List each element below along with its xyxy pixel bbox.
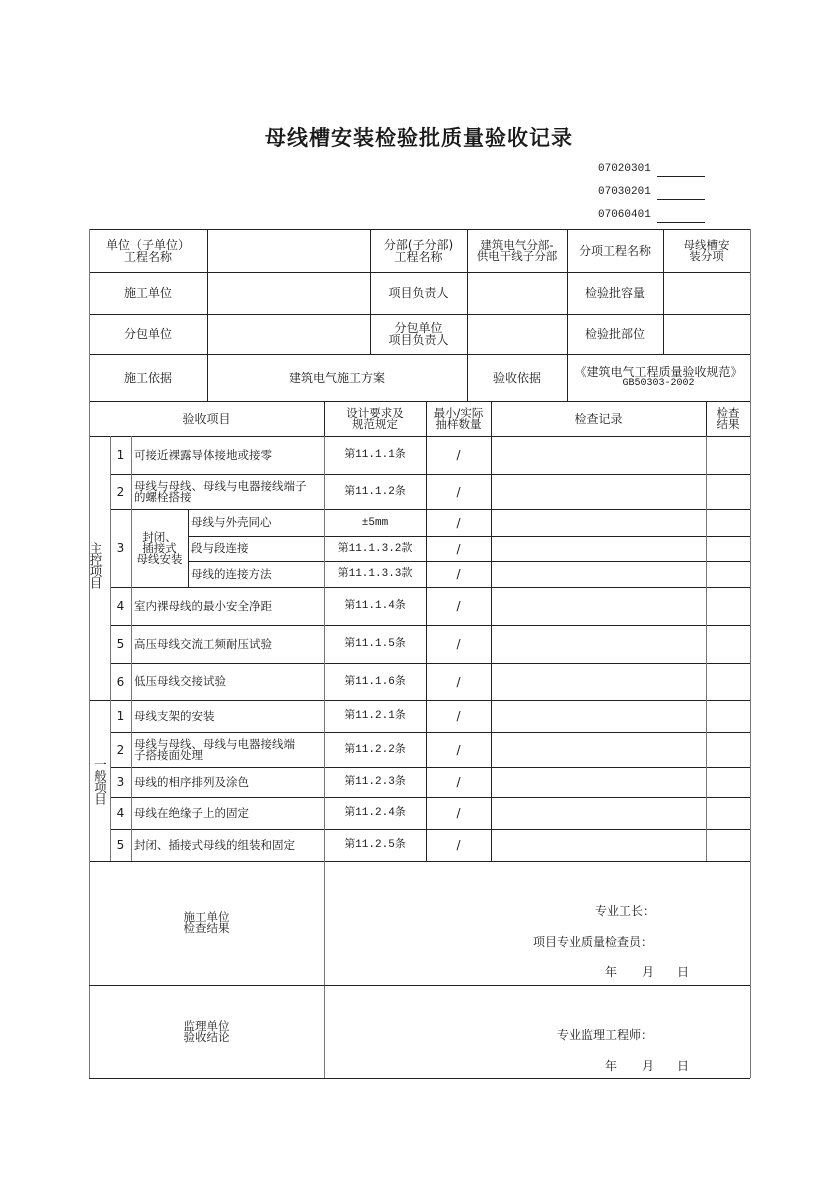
main-item-2-name: 母线与母线、母线与电器接线端子的螺栓搭接	[131, 474, 324, 509]
form-code-blank[interactable]	[657, 176, 705, 177]
subitem-name-label: 分项工程名称	[567, 229, 663, 272]
general-item-1-no: 1	[110, 700, 131, 732]
main-item-6-sample-qty: /	[426, 663, 491, 700]
main-item-6-check-record-field[interactable]	[491, 663, 706, 700]
cell-text: /	[456, 710, 460, 722]
main-item-1-spec: 第11.1.1条	[324, 436, 426, 474]
cell-text: 分项工程名称	[579, 245, 651, 257]
cell-text: 母线的连接方法	[191, 569, 272, 580]
item-row-divider	[110, 474, 750, 475]
cell-text: 单位（子单位）工程名称	[106, 239, 190, 263]
general-item-4-check-record-field[interactable]	[491, 797, 706, 829]
cell-text: 3	[117, 542, 125, 554]
cell-text: 设计要求及规范规定	[346, 408, 404, 430]
general-item-1-name: 母线支架的安装	[131, 700, 324, 732]
main-item-3-sub-check-result-field[interactable]	[706, 536, 750, 561]
cell-text: 检查结果	[717, 408, 740, 430]
project-manager-label: 项目负责人	[370, 272, 467, 314]
main-item-6-spec: 第11.1.6条	[324, 663, 426, 700]
col-divider	[370, 229, 371, 354]
main-item-6-no: 6	[110, 663, 131, 700]
main-item-4-name: 室内裸母线的最小安全净距	[131, 587, 324, 625]
cell-text: 2	[117, 486, 125, 498]
cell-text: /	[456, 486, 460, 498]
main-item-5-spec: 第11.1.5条	[324, 625, 426, 663]
cell-text: 施工单位	[124, 287, 172, 299]
main-item-3-sub-name: 段与段连接	[188, 536, 324, 561]
cell-text: 高压母线交流工频耐压试验	[134, 639, 272, 650]
cell-text: 第11.2.1条	[344, 710, 406, 722]
main-item-1-no: 1	[110, 436, 131, 474]
cell-text: /	[456, 543, 460, 555]
col-divider	[110, 436, 111, 861]
cell-text: 施工依据	[124, 372, 172, 384]
unit-project-name-label: 单位（子单位）工程名称	[89, 229, 207, 272]
main-item-1-check-result-field[interactable]	[706, 436, 750, 474]
cell-text: /	[456, 517, 460, 529]
cell-text: /	[456, 568, 460, 580]
main-item-5-no: 5	[110, 625, 131, 663]
cell-text: 4	[117, 600, 125, 612]
cell-text: 检查记录	[574, 413, 622, 425]
cell-text: 室内裸母线的最小安全净距	[134, 601, 272, 612]
form-code: 07020301	[598, 163, 651, 175]
general-item-5-sample-qty: /	[426, 829, 491, 861]
subcontractor-field[interactable]	[207, 314, 370, 354]
acceptance-basis-code: GB50303-2002	[622, 378, 694, 390]
cell-text: /	[456, 744, 460, 756]
contractor-check-label: 施工单位检查结果	[89, 861, 324, 985]
cell-text: 最小/实际抽样数量	[434, 408, 484, 430]
cell-text: 5	[117, 638, 125, 650]
cell-text: 母线的相序排列及涂色	[134, 777, 249, 788]
cell-text: 第11.2.5条	[344, 839, 406, 851]
header-check-record: 检查记录	[491, 401, 706, 436]
general-item-5-check-result-field[interactable]	[706, 829, 750, 861]
main-item-4-spec: 第11.1.4条	[324, 587, 426, 625]
cell-text: 验收依据	[493, 372, 541, 384]
supervisor-date-day: 日	[677, 1057, 689, 1074]
main-item-5-check-result-field[interactable]	[706, 625, 750, 663]
cell-text: 第11.1.3.3款	[338, 568, 413, 580]
general-item-4-name: 母线在绝缘子上的固定	[131, 797, 324, 829]
cell-text: 6	[117, 676, 125, 688]
cell-text: 分包单位项目负责人	[388, 322, 448, 346]
general-item-4-spec: 第11.2.4条	[324, 797, 426, 829]
main-item-4-check-record-field[interactable]	[491, 587, 706, 625]
batch-capacity-label: 检验批容量	[567, 272, 663, 314]
cell-text: 封闭、插接式母线的组装和固定	[134, 840, 295, 851]
item-row-divider	[110, 797, 750, 798]
item-row-divider	[110, 829, 750, 830]
cell-text: 低压母线交接试验	[134, 676, 226, 687]
unit-project-name-field[interactable]	[207, 229, 370, 272]
cell-text: 第11.2.4条	[344, 807, 406, 819]
cell-text: 第11.1.6条	[344, 676, 406, 688]
sub-manager-field[interactable]	[467, 314, 567, 354]
general-item-5-name: 封闭、插接式母线的组装和固定	[131, 829, 324, 861]
general-item-2-no: 2	[110, 732, 131, 767]
acceptance-basis-value: 《建筑电气工程质量验收规范》GB50303-2002	[567, 354, 750, 401]
general-item-5-spec: 第11.2.5条	[324, 829, 426, 861]
main-item-2-sample-qty: /	[426, 474, 491, 509]
cell-text: ±5mm	[362, 517, 388, 529]
main-item-3-sub-check-record-field[interactable]	[491, 536, 706, 561]
item-row-divider	[110, 509, 750, 510]
main-item-3-sub-name: 母线的连接方法	[188, 561, 324, 587]
general-item-1-spec: 第11.2.1条	[324, 700, 426, 732]
item-row-divider	[110, 587, 750, 588]
cell-text: 母线与母线、母线与电器接线端子的螺栓搭接	[134, 481, 307, 503]
main-item-1-check-record-field[interactable]	[491, 436, 706, 474]
item-row-divider	[110, 732, 750, 733]
cell-text: 建筑电气分部-供电干线子分部	[477, 240, 558, 262]
cell-text: /	[456, 638, 460, 650]
general-item-2-spec: 第11.2.2条	[324, 732, 426, 767]
general-item-1-check-record-field[interactable]	[491, 700, 706, 732]
general-category-label: 一般项目	[89, 700, 110, 861]
supervisor-date-year: 年	[605, 1057, 617, 1074]
cell-text: 3	[117, 776, 125, 788]
contractor-date-day: 日	[677, 963, 689, 980]
cell-text: 第11.1.1条	[344, 449, 406, 461]
cell-text: 母线与母线、母线与电器接线端子搭接面处理	[134, 739, 295, 761]
cell-text: 第11.1.3.2款	[338, 543, 413, 555]
general-item-3-no: 3	[110, 767, 131, 797]
general-item-2-name: 母线与母线、母线与电器接线端子搭接面处理	[131, 732, 324, 767]
main-item-3-sub-check-result-field[interactable]	[706, 561, 750, 587]
col-divider	[491, 436, 492, 861]
general-item-4-check-result-field[interactable]	[706, 797, 750, 829]
section-divider	[89, 985, 750, 986]
sub-row-divider	[188, 536, 750, 537]
table-right-border	[750, 401, 751, 1078]
form-code-blank[interactable]	[657, 199, 705, 200]
col-divider	[491, 401, 492, 436]
col-divider	[467, 229, 468, 401]
info-row-divider	[89, 229, 750, 230]
main-item-1-sample-qty: /	[426, 436, 491, 474]
cell-text: 检验批容量	[585, 287, 645, 299]
general-item-4-sample-qty: /	[426, 797, 491, 829]
main-item-3-sub-check-result-field[interactable]	[706, 509, 750, 536]
page-title: 母线槽安装检验批质量验收记录	[0, 122, 838, 152]
division-name-label: 分部(子分部)工程名称	[370, 229, 467, 272]
cell-text: 分包单位	[124, 328, 172, 340]
col-divider	[567, 229, 568, 401]
cell-text: 2	[117, 744, 125, 756]
cell-text: 母线支架的安装	[134, 711, 215, 722]
main-item-1-name: 可接近裸露导体接地或接零	[131, 436, 324, 474]
form-code: 07060401	[598, 209, 651, 221]
cell-text: 第11.1.5条	[344, 638, 406, 650]
cell-text: /	[456, 807, 460, 819]
cell-text: 可接近裸露导体接地或接零	[134, 450, 272, 461]
cell-text: 母线与外壳同心	[191, 517, 272, 528]
sub-row-divider	[188, 561, 750, 562]
project-manager-field[interactable]	[467, 272, 567, 314]
form-code: 07030201	[598, 186, 651, 198]
general-item-5-check-record-field[interactable]	[491, 829, 706, 861]
contractor-date-month: 月	[642, 963, 654, 980]
main-item-3-sub-check-record-field[interactable]	[491, 561, 706, 587]
cell-text: 段与段连接	[191, 543, 249, 554]
item-row-divider	[110, 767, 750, 768]
cell-text: 项目负责人	[388, 287, 448, 299]
main-item-3-no: 3	[110, 509, 131, 587]
supervisor-check-label: 监理单位验收结论	[89, 985, 324, 1078]
general-item-3-check-record-field[interactable]	[491, 767, 706, 797]
main-item-5-sample-qty: /	[426, 625, 491, 663]
sub-manager-label: 分包单位项目负责人	[370, 314, 467, 354]
contractor-label: 施工单位	[89, 272, 207, 314]
col-divider	[706, 436, 707, 861]
cell-text: /	[456, 776, 460, 788]
main-item-6-name: 低压母线交接试验	[131, 663, 324, 700]
cell-text: 检验批部位	[585, 328, 645, 340]
main-item-2-no: 2	[110, 474, 131, 509]
general-item-3-spec: 第11.2.3条	[324, 767, 426, 797]
col-divider	[324, 401, 325, 436]
division-name-value: 建筑电气分部-供电干线子分部	[467, 229, 567, 272]
cell-text: 监理单位验收结论	[184, 1021, 230, 1043]
table-left-border	[89, 229, 90, 401]
cell-text: 第11.2.3条	[344, 776, 406, 788]
general-item-1-sample-qty: /	[426, 700, 491, 732]
col-divider	[131, 436, 132, 861]
col-divider	[207, 229, 208, 401]
cell-text: 1	[117, 449, 125, 461]
acceptance-basis-label: 验收依据	[467, 354, 567, 401]
main-item-4-no: 4	[110, 587, 131, 625]
col-divider	[663, 229, 664, 354]
cell-text: 母线在绝缘子上的固定	[134, 808, 249, 819]
acceptance-basis-standard: 《建筑电气工程质量验收规范》	[574, 366, 742, 378]
main-item-5-check-record-field[interactable]	[491, 625, 706, 663]
cell-text: 主控项目	[89, 542, 101, 588]
construction-basis-value: 建筑电气施工方案	[207, 354, 467, 401]
main-item-3-sub-sample-qty: /	[426, 509, 491, 536]
cell-text: /	[456, 449, 460, 461]
main-item-3-sub-sample-qty: /	[426, 561, 491, 587]
general-item-4-no: 4	[110, 797, 131, 829]
info-row-divider	[89, 314, 750, 315]
cell-text: 5	[117, 839, 125, 851]
info-row-divider	[89, 272, 750, 273]
header-item: 验收项目	[89, 401, 324, 436]
header-check-result: 检查结果	[706, 401, 750, 436]
cell-text: 建筑电气施工方案	[289, 372, 385, 384]
cell-text: /	[456, 839, 460, 851]
form-code-blank[interactable]	[657, 222, 705, 223]
main-item-3-sub-sample-qty: /	[426, 536, 491, 561]
col-divider	[706, 401, 707, 436]
info-row-divider	[89, 354, 750, 355]
contractor-field[interactable]	[207, 272, 370, 314]
col-divider	[188, 509, 189, 587]
cell-text: /	[456, 676, 460, 688]
header-sample-quantity: 最小/实际抽样数量	[426, 401, 491, 436]
cell-text: 4	[117, 807, 125, 819]
cell-text: 验收项目	[182, 413, 230, 425]
header-design-requirement: 设计要求及规范规定	[324, 401, 426, 436]
table-right-border	[750, 229, 751, 401]
subitem-name-value: 母线槽安装分项	[663, 229, 750, 272]
main-item-3-sub-name: 母线与外壳同心	[188, 509, 324, 536]
cell-text: 第11.1.4条	[344, 600, 406, 612]
batch-location-field[interactable]	[663, 314, 750, 354]
contractor-date-year: 年	[605, 963, 617, 980]
main-control-category-label: 主控项目	[89, 436, 110, 700]
batch-capacity-field[interactable]	[663, 272, 750, 314]
main-item-5-name: 高压母线交流工频耐压试验	[131, 625, 324, 663]
main-item-2-check-record-field[interactable]	[491, 474, 706, 509]
quality-inspector-signature-label: 项目专业质量检查员：	[533, 933, 653, 950]
cell-text: 一般项目	[94, 758, 106, 804]
main-item-3-sub-check-record-field[interactable]	[491, 509, 706, 536]
general-item-3-name: 母线的相序排列及涂色	[131, 767, 324, 797]
col-divider	[426, 436, 427, 861]
construction-basis-label: 施工依据	[89, 354, 207, 401]
main-item-4-sample-qty: /	[426, 587, 491, 625]
cell-text: 1	[117, 710, 125, 722]
general-item-2-check-result-field[interactable]	[706, 732, 750, 767]
main-item-2-check-result-field[interactable]	[706, 474, 750, 509]
cell-text: 第11.2.2条	[344, 744, 406, 756]
cell-text: 第11.1.2条	[344, 486, 406, 498]
col-divider	[426, 401, 427, 436]
table-bottom-border	[89, 1078, 750, 1079]
main-item-3-sub-spec: 第11.1.3.3款	[324, 561, 426, 587]
foreman-signature-label: 专业工长：	[595, 902, 655, 919]
general-item-3-check-result-field[interactable]	[706, 767, 750, 797]
general-item-5-no: 5	[110, 829, 131, 861]
batch-location-label: 检验批部位	[567, 314, 663, 354]
general-item-2-sample-qty: /	[426, 732, 491, 767]
cell-text: 母线槽安装分项	[684, 240, 730, 262]
cell-text: 施工单位检查结果	[184, 912, 230, 934]
cell-text: 分部(子分部)工程名称	[384, 239, 453, 263]
acceptance-basis-text: 《建筑电气工程质量验收规范》GB50303-2002	[574, 366, 742, 390]
main-item-6-check-result-field[interactable]	[706, 663, 750, 700]
main-item-3-group: 封闭、插接式母线安装	[131, 509, 188, 587]
cell-text: 封闭、插接式母线安装	[137, 532, 183, 565]
general-item-1-check-result-field[interactable]	[706, 700, 750, 732]
cell-text: /	[456, 600, 460, 612]
item-row-divider	[110, 663, 750, 664]
general-item-3-sample-qty: /	[426, 767, 491, 797]
supervisor-date-month: 月	[642, 1057, 654, 1074]
main-item-4-check-result-field[interactable]	[706, 587, 750, 625]
main-item-3-sub-spec: 第11.1.3.2款	[324, 536, 426, 561]
subcontractor-label: 分包单位	[89, 314, 207, 354]
general-item-2-check-record-field[interactable]	[491, 732, 706, 767]
main-item-2-spec: 第11.1.2条	[324, 474, 426, 509]
item-row-divider	[110, 625, 750, 626]
main-item-3-sub-spec: ±5mm	[324, 509, 426, 536]
supervising-engineer-signature-label: 专业监理工程师：	[557, 1026, 653, 1043]
